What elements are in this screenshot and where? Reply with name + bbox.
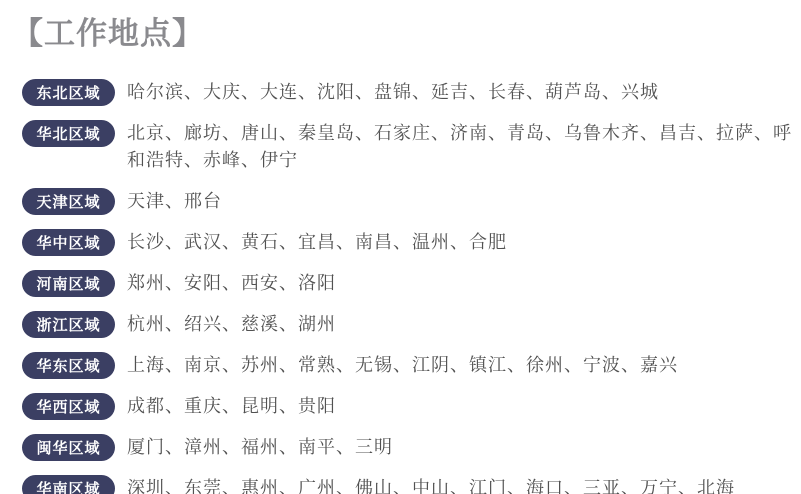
region-row: 东北区域 哈尔滨、大庆、大连、沈阳、盘锦、延吉、长春、葫芦岛、兴城 <box>22 79 801 106</box>
region-cities: 北京、廊坊、唐山、秦皇岛、石家庄、济南、青岛、乌鲁木齐、昌吉、拉萨、呼和浩特、赤… <box>127 120 799 174</box>
region-cities: 哈尔滨、大庆、大连、沈阳、盘锦、延吉、长春、葫芦岛、兴城 <box>127 79 659 106</box>
region-badge: 华北区域 <box>22 120 115 147</box>
region-badge: 浙江区域 <box>22 311 115 338</box>
page-title: 【工作地点】 <box>12 8 801 53</box>
region-row: 天津区域 天津、邢台 <box>22 188 801 215</box>
region-cities: 长沙、武汉、黄石、宜昌、南昌、温州、合肥 <box>127 229 507 256</box>
region-badge: 天津区域 <box>22 188 115 215</box>
region-cities: 上海、南京、苏州、常熟、无锡、江阴、镇江、徐州、宁波、嘉兴 <box>127 352 678 379</box>
region-badge: 华东区域 <box>22 352 115 379</box>
region-row: 华北区域 北京、廊坊、唐山、秦皇岛、石家庄、济南、青岛、乌鲁木齐、昌吉、拉萨、呼… <box>22 120 801 174</box>
region-row: 华西区域 成都、重庆、昆明、贵阳 <box>22 393 801 420</box>
region-row: 华南区域 深圳、东莞、惠州、广州、佛山、中山、江门、海口、三亚、万宁、北海 <box>22 475 801 494</box>
region-row: 闽华区域 厦门、漳州、福州、南平、三明 <box>22 434 801 461</box>
region-badge: 闽华区域 <box>22 434 115 461</box>
region-row: 华东区域 上海、南京、苏州、常熟、无锡、江阴、镇江、徐州、宁波、嘉兴 <box>22 352 801 379</box>
region-cities: 厦门、漳州、福州、南平、三明 <box>127 434 393 461</box>
region-cities: 深圳、东莞、惠州、广州、佛山、中山、江门、海口、三亚、万宁、北海 <box>127 475 735 494</box>
region-badge: 华南区域 <box>22 475 115 494</box>
region-badge: 华西区域 <box>22 393 115 420</box>
region-cities: 成都、重庆、昆明、贵阳 <box>127 393 336 420</box>
region-badge: 河南区域 <box>22 270 115 297</box>
region-cities: 天津、邢台 <box>127 188 222 215</box>
region-badge: 东北区域 <box>22 79 115 106</box>
region-cities: 杭州、绍兴、慈溪、湖州 <box>127 311 336 338</box>
region-cities: 郑州、安阳、西安、洛阳 <box>127 270 336 297</box>
region-row: 河南区域 郑州、安阳、西安、洛阳 <box>22 270 801 297</box>
region-row: 浙江区域 杭州、绍兴、慈溪、湖州 <box>22 311 801 338</box>
region-list: 东北区域 哈尔滨、大庆、大连、沈阳、盘锦、延吉、长春、葫芦岛、兴城 华北区域 北… <box>22 79 801 494</box>
region-row: 华中区域 长沙、武汉、黄石、宜昌、南昌、温州、合肥 <box>22 229 801 256</box>
region-badge: 华中区域 <box>22 229 115 256</box>
